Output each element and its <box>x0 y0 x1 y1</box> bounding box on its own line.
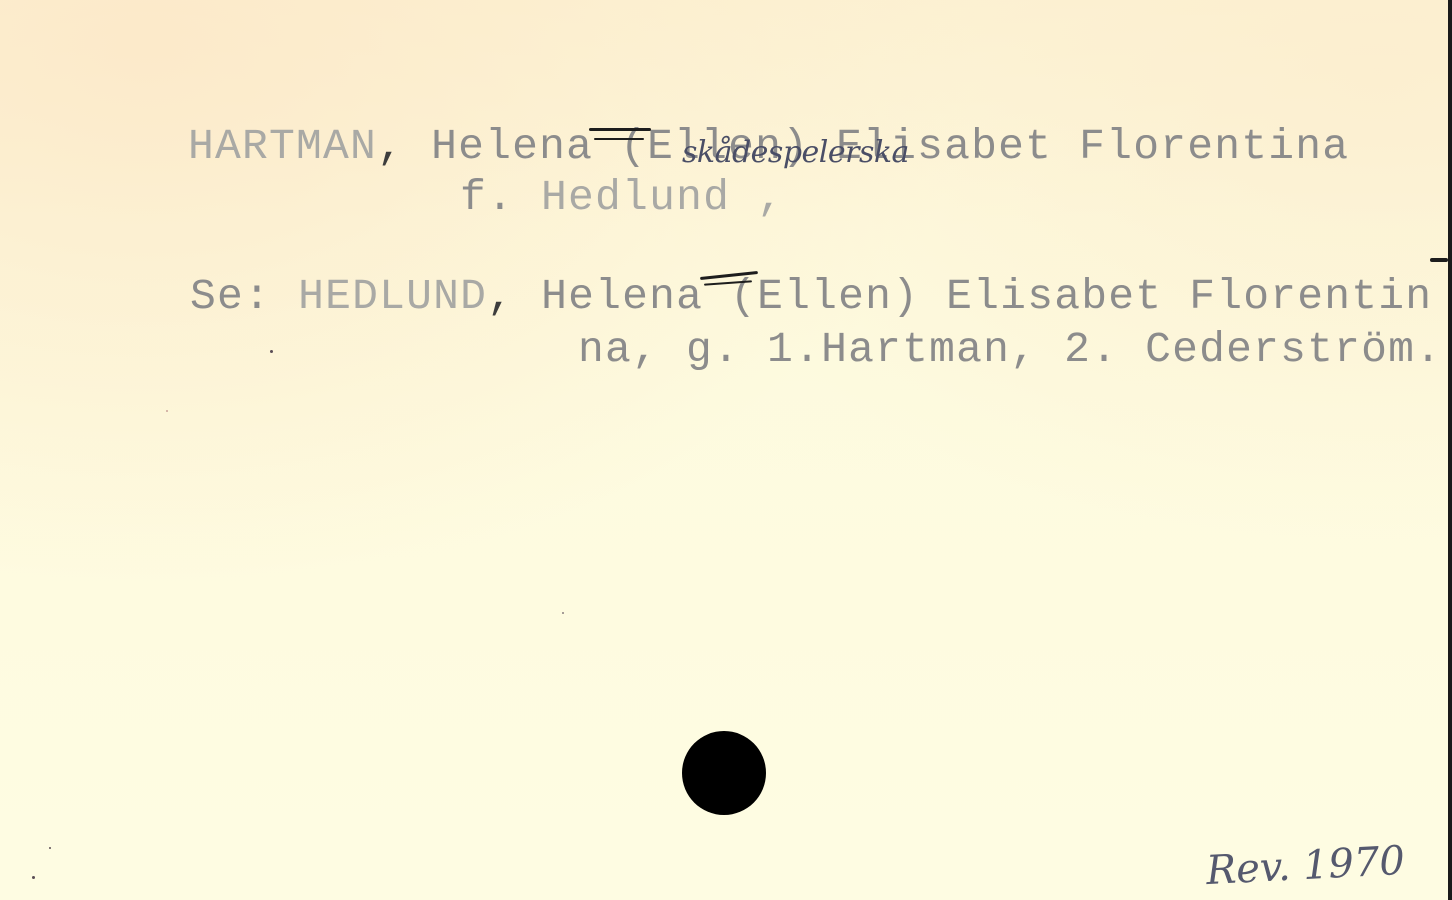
paper-speck <box>166 410 168 412</box>
revision-note: Rev. 1970 <box>1205 841 1406 891</box>
maiden-name-separator: , <box>730 173 784 222</box>
maiden-name-prefix: f. <box>460 173 541 222</box>
maiden-name-overline-mark-2 <box>594 138 644 140</box>
card-edge <box>1448 0 1452 900</box>
paper-speck <box>49 847 51 849</box>
punch-hole <box>682 731 766 815</box>
see-reference-line-2: na, g. 1.Hartman, 2. Cederström. <box>470 285 1442 414</box>
hyphen-mark <box>1430 258 1448 262</box>
maiden-name: Hedlund <box>541 173 730 222</box>
main-entry-surname: HARTMAN <box>188 122 377 171</box>
occupation-handwritten: skådespelerska <box>682 138 909 168</box>
see-spouses: na, g. 1.Hartman, 2. Cederström. <box>578 325 1442 374</box>
paper-speck <box>562 612 564 614</box>
maiden-name-overline-mark <box>589 128 651 131</box>
paper-speck <box>270 350 273 353</box>
see-surname: HEDLUND <box>298 272 487 321</box>
see-label: Se: <box>190 272 298 321</box>
index-card: HARTMAN, Helena (Ellen) Elisabet Florent… <box>0 0 1452 900</box>
paper-speck <box>32 876 35 879</box>
